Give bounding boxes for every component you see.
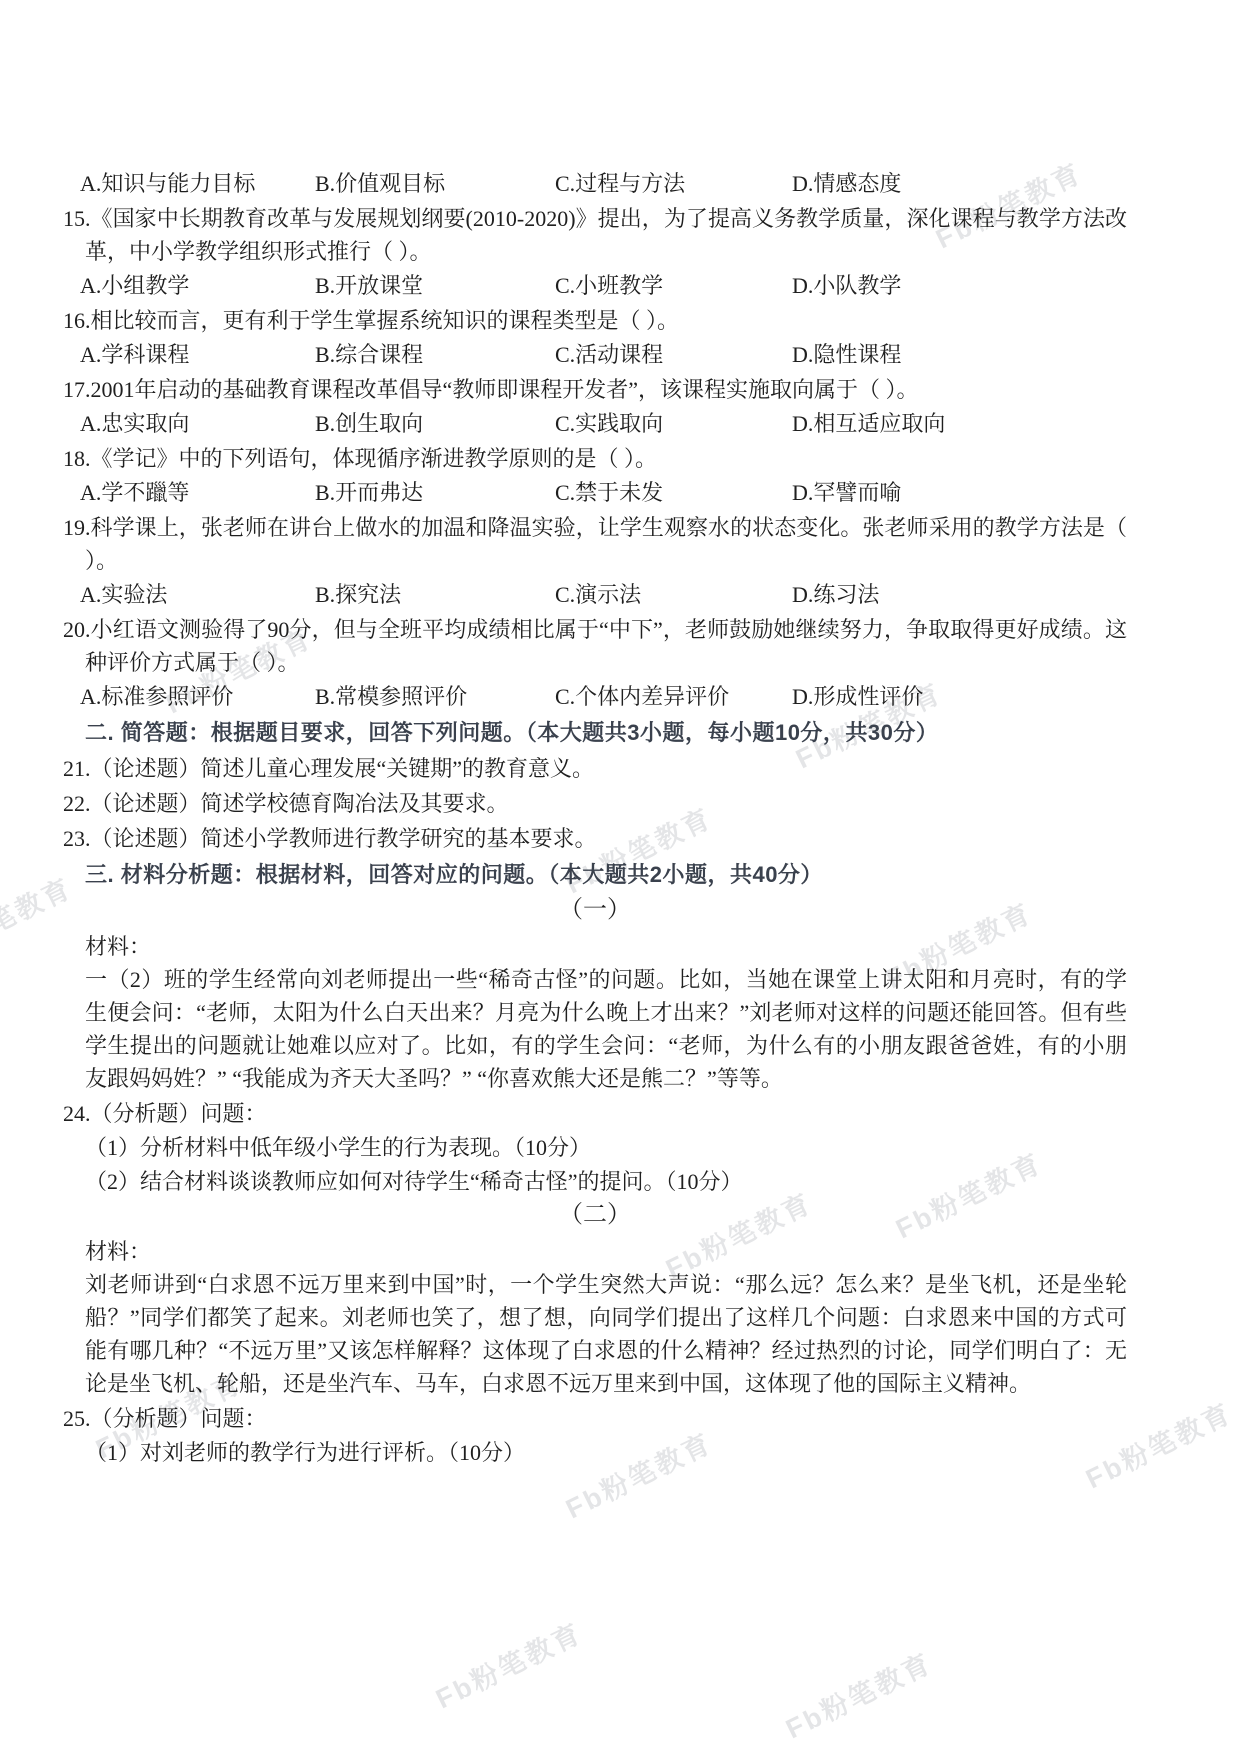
option-c: C.个体内差异评价 bbox=[555, 680, 792, 713]
option-c: C.禁于未发 bbox=[555, 476, 792, 509]
question-25-sub-1: （1）对刘老师的教学行为进行评析。（10分） bbox=[85, 1436, 1127, 1469]
question-20: 20.小红语文测验得了90分，但与全班平均成绩相比属于“中下”，老师鼓励她继续努… bbox=[63, 613, 1127, 713]
option-a: A.标准参照评价 bbox=[80, 680, 315, 713]
question-18-options: A.学不躐等 B.开而弗达 C.禁于未发 D.罕譬而喻 bbox=[63, 476, 1127, 509]
question-18-stem: 18.《学记》中的下列语句，体现循序渐进教学原则的是（ ）。 bbox=[63, 442, 1127, 475]
option-c: C.实践取向 bbox=[555, 407, 792, 440]
option-a: A.知识与能力目标 bbox=[80, 167, 315, 200]
option-b: B.开放课堂 bbox=[315, 269, 555, 302]
option-d: D.隐性课程 bbox=[792, 338, 1127, 371]
option-d: D.罕譬而喻 bbox=[792, 476, 1127, 509]
question-20-stem: 20.小红语文测验得了90分，但与全班平均成绩相比属于“中下”，老师鼓励她继续努… bbox=[63, 613, 1127, 679]
question-16-stem: 16.相比较而言，更有利于学生掌握系统知识的课程类型是（ ）。 bbox=[63, 304, 1127, 337]
option-c: C.活动课程 bbox=[555, 338, 792, 371]
exam-page: A.知识与能力目标 B.价值观目标 C.过程与方法 D.情感态度 15.《国家中… bbox=[0, 0, 1240, 1754]
question-18: 18.《学记》中的下列语句，体现循序渐进教学原则的是（ ）。 A.学不躐等 B.… bbox=[63, 442, 1127, 509]
option-d: D.练习法 bbox=[792, 578, 1127, 611]
part-1-heading: （一） bbox=[63, 894, 1127, 927]
material-1-label: 材料： bbox=[85, 930, 1127, 963]
question-22: 22.（论述题）简述学校德育陶冶法及其要求。 bbox=[63, 787, 1127, 820]
question-19: 19.科学课上，张老师在讲台上做水的加温和降温实验，让学生观察水的状态变化。张老… bbox=[63, 511, 1127, 611]
option-d: D.情感态度 bbox=[792, 167, 1127, 200]
question-24-sub-2: （2）结合材料谈谈教师应如何对待学生“稀奇古怪”的提问。（10分） bbox=[85, 1165, 1127, 1198]
question-14-options: A.知识与能力目标 B.价值观目标 C.过程与方法 D.情感态度 bbox=[63, 167, 1127, 200]
option-d: D.形成性评价 bbox=[792, 680, 1127, 713]
question-17-stem: 17.2001年启动的基础教育课程改革倡导“教师即课程开发者”，该课程实施取向属… bbox=[63, 373, 1127, 406]
material-1-text: 一（2）班的学生经常向刘老师提出一些“稀奇古怪”的问题。比如，当她在课堂上讲太阳… bbox=[85, 963, 1127, 1095]
option-d: D.相互适应取向 bbox=[792, 407, 1127, 440]
part-2-heading: （二） bbox=[63, 1199, 1127, 1232]
material-2-text: 刘老师讲到“白求恩不远万里来到中国”时，一个学生突然大声说：“那么远？怎么来？是… bbox=[85, 1268, 1127, 1400]
question-19-options: A.实验法 B.探究法 C.演示法 D.练习法 bbox=[63, 578, 1127, 611]
section-3-title: 三. 材料分析题：根据材料，回答对应的问题。（本大题共2小题，共40分） bbox=[85, 858, 1127, 891]
option-c: C.过程与方法 bbox=[555, 167, 792, 200]
option-b: B.创生取向 bbox=[315, 407, 555, 440]
option-b: B.综合课程 bbox=[315, 338, 555, 371]
option-b: B.探究法 bbox=[315, 578, 555, 611]
option-a: A.学不躐等 bbox=[80, 476, 315, 509]
option-b: B.开而弗达 bbox=[315, 476, 555, 509]
material-2-label: 材料： bbox=[85, 1235, 1127, 1268]
question-24-sub-1: （1）分析材料中低年级小学生的行为表现。（10分） bbox=[85, 1131, 1127, 1164]
option-b: B.价值观目标 bbox=[315, 167, 555, 200]
option-c: C.演示法 bbox=[555, 578, 792, 611]
question-19-stem: 19.科学课上，张老师在讲台上做水的加温和降温实验，让学生观察水的状态变化。张老… bbox=[63, 511, 1127, 577]
option-a: A.小组教学 bbox=[80, 269, 315, 302]
question-16-options: A.学科课程 B.综合课程 C.活动课程 D.隐性课程 bbox=[63, 338, 1127, 371]
option-a: A.实验法 bbox=[80, 578, 315, 611]
section-2-title: 二. 简答题：根据题目要求，回答下列问题。（本大题共3小题，每小题10分，共30… bbox=[85, 716, 1127, 749]
question-17-options: A.忠实取向 B.创生取向 C.实践取向 D.相互适应取向 bbox=[63, 407, 1127, 440]
question-17: 17.2001年启动的基础教育课程改革倡导“教师即课程开发者”，该课程实施取向属… bbox=[63, 373, 1127, 440]
question-15-stem: 15.《国家中长期教育改革与发展规划纲要(2010-2020)》提出，为了提高义… bbox=[63, 202, 1127, 268]
question-21: 21.（论述题）简述儿童心理发展“关键期”的教育意义。 bbox=[63, 752, 1127, 785]
question-16: 16.相比较而言，更有利于学生掌握系统知识的课程类型是（ ）。 A.学科课程 B… bbox=[63, 304, 1127, 371]
question-25-label: 25.（分析题）问题： bbox=[63, 1402, 1127, 1435]
question-24-label: 24.（分析题）问题： bbox=[63, 1097, 1127, 1130]
question-20-options: A.标准参照评价 B.常模参照评价 C.个体内差异评价 D.形成性评价 bbox=[63, 680, 1127, 713]
option-a: A.忠实取向 bbox=[80, 407, 315, 440]
option-a: A.学科课程 bbox=[80, 338, 315, 371]
option-c: C.小班教学 bbox=[555, 269, 792, 302]
question-15: 15.《国家中长期教育改革与发展规划纲要(2010-2020)》提出，为了提高义… bbox=[63, 202, 1127, 302]
option-d: D.小队教学 bbox=[792, 269, 1127, 302]
option-b: B.常模参照评价 bbox=[315, 680, 555, 713]
question-23: 23.（论述题）简述小学教师进行教学研究的基本要求。 bbox=[63, 822, 1127, 855]
question-15-options: A.小组教学 B.开放课堂 C.小班教学 D.小队教学 bbox=[63, 269, 1127, 302]
